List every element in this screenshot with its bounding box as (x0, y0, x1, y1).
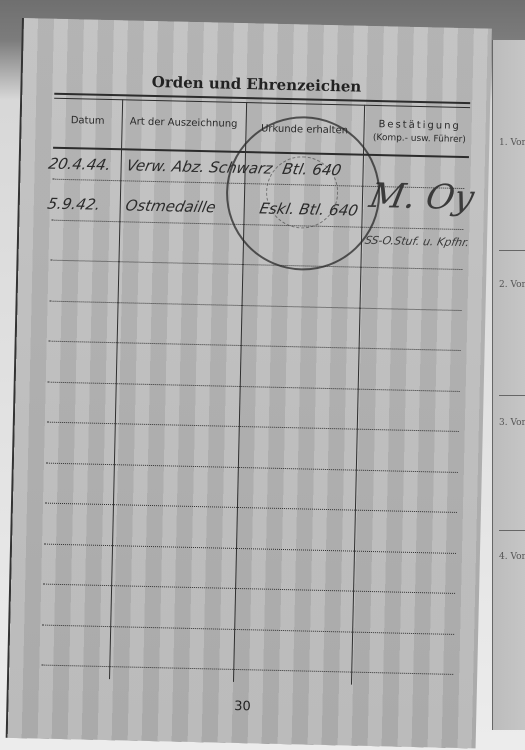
signature: M. Oy (366, 176, 477, 218)
ink-stamp (224, 115, 381, 272)
facing-page-rule (499, 530, 525, 531)
stamp-center-mark (265, 156, 339, 230)
facing-page-label: 3. Vom (499, 418, 525, 428)
column-divider (109, 99, 123, 679)
confirmation-label: Bestätigung (364, 118, 476, 134)
column-header-date: Datum (54, 115, 122, 128)
facing-page-label: 2. Vom (499, 280, 525, 290)
signature-caption: SS-O.Stuf. u. Kpfhr. (364, 234, 471, 249)
row-line (47, 422, 459, 432)
row-line (45, 503, 457, 513)
row-line (42, 624, 454, 634)
entry-award: Ostmedaille (124, 196, 217, 216)
facing-page-label: 4. Vom (499, 552, 525, 562)
column-header-confirmation: Bestätigung (Komp.- usw. Führer) (363, 118, 476, 148)
row-line (44, 543, 456, 553)
confirmation-sublabel: (Komp.- usw. Führer) (373, 133, 466, 145)
facing-page-label: 1. Vom (499, 138, 525, 148)
row-line (46, 462, 458, 472)
row-line (41, 665, 453, 675)
facing-page-rule (499, 395, 525, 396)
document-page: Orden und Ehrenzeichen Datum Art der Aus… (8, 18, 492, 748)
entry-date: 5.9.42. (46, 195, 102, 214)
entry-date: 20.4.44. (47, 155, 113, 174)
row-line (51, 260, 463, 270)
row-line (50, 300, 462, 310)
page-number: 30 (8, 694, 476, 720)
row-line (43, 584, 455, 594)
row-line (48, 381, 460, 391)
facing-page: 1. Vom 2. Vom 3. Vom 4. Vom (492, 40, 525, 730)
row-line (49, 341, 461, 351)
facing-page-rule (499, 250, 525, 251)
column-header-award: Art der Auszeichnung (122, 116, 246, 130)
